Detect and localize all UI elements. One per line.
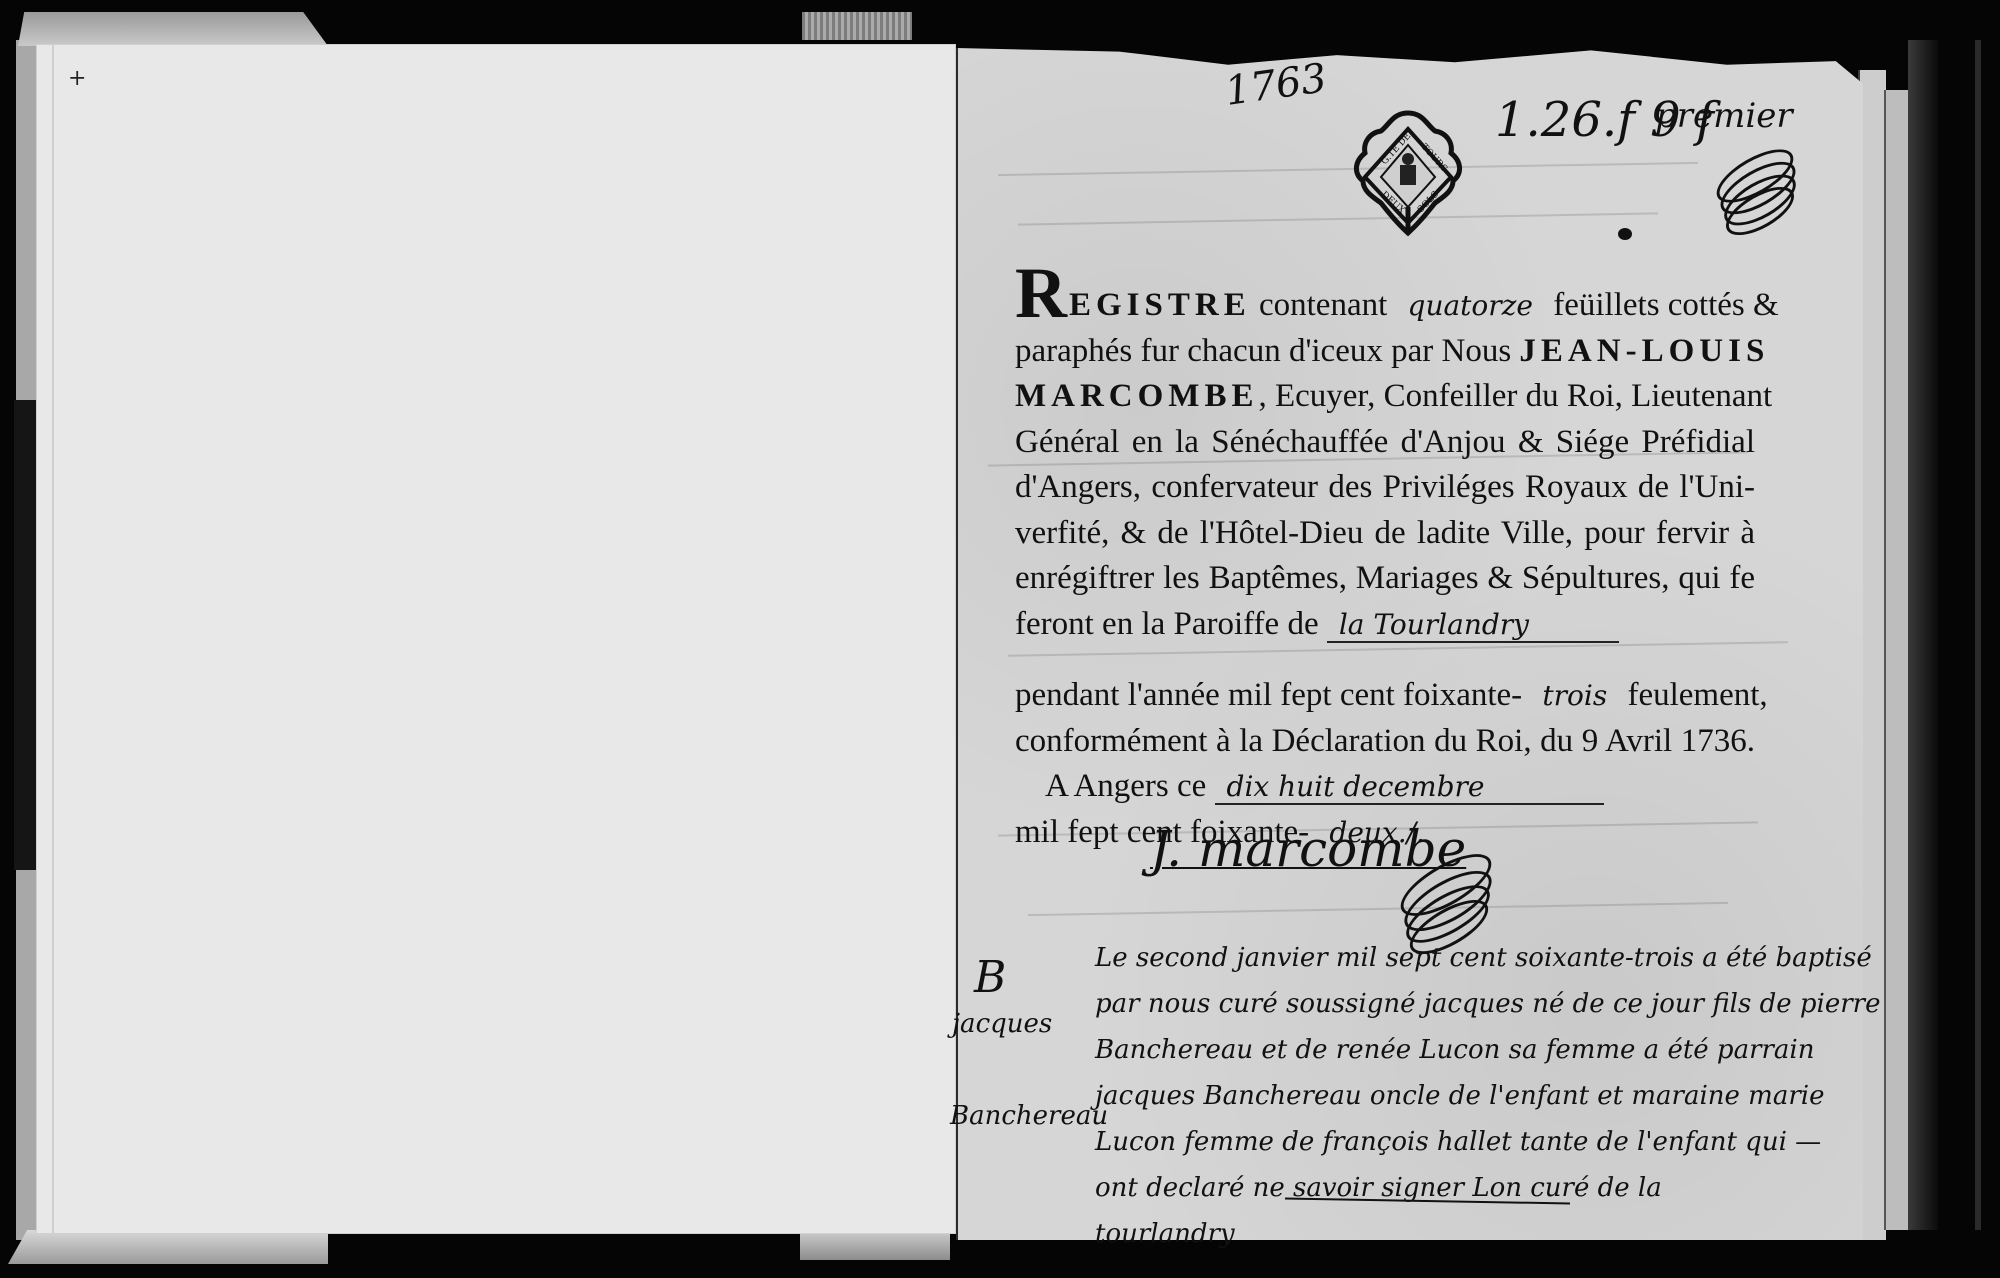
form-text: feüillets cottés &: [1545, 287, 1779, 323]
margin-name-first: jacques: [952, 1001, 1108, 1047]
form-line-3: MARCOMBE, Ecuyer, Confeiller du Roi, Lie…: [1015, 374, 1755, 420]
book-board-bottom-left: [8, 1230, 328, 1264]
form-line-10: conformément à la Déclaration du Roi, du…: [1015, 719, 1755, 765]
form-text: A Angers ce: [1045, 768, 1215, 804]
form-text: paraphés fur chacun d'iceux par Nous: [1015, 333, 1519, 369]
form-line-7: enrégiftrer les Baptêmes, Mariages & Sép…: [1015, 556, 1755, 602]
entry-line: ont declaré ne savoir signer Lon curé de…: [1095, 1165, 1795, 1211]
entry-line: tourlandry: [1095, 1211, 1795, 1257]
entry-line: par nous curé soussigné jacques né de ce…: [1095, 981, 1795, 1027]
spine-rim: [1975, 40, 1981, 1230]
form-line-1: REGISTRE contenant quatorze feüillets co…: [1015, 268, 1755, 329]
left-page-blank: +: [36, 44, 956, 1234]
book-board-bottom-right: [800, 1230, 950, 1260]
entry-line: Lucon femme de françois hallet tante de …: [1095, 1119, 1795, 1165]
filled-parish-name: la Tourlandry: [1327, 608, 1619, 643]
ink-blot: [1618, 228, 1632, 240]
form-text: , Ecuyer, Confeiller du Roi, Lieutenant: [1258, 378, 1772, 414]
form-line-4: Général en la Sénéchauffée d'Anjou & Sié…: [1015, 420, 1755, 466]
folio-mark: +: [68, 66, 86, 91]
baptism-mark: B: [974, 955, 1108, 1001]
form-line-11: A Angers ce dix huit decembre: [1015, 764, 1755, 810]
book-board-left-worn: [14, 400, 38, 870]
left-page-gutter-line: [52, 44, 54, 1234]
baptism-entry: Le second janvier mil sept cent soixante…: [1095, 935, 1795, 1257]
filled-date: dix huit decembre: [1215, 770, 1605, 805]
entry-line: jacques Banchereau oncle de l'enfant et …: [1095, 1073, 1795, 1119]
filled-year: trois: [1530, 679, 1619, 712]
filled-leaf-count: quatorze: [1396, 289, 1545, 322]
form-spacer: [1015, 647, 1755, 673]
tax-stamp-seal-icon: G.TE DE TOURS DEUX SOLS G. TE DE TOURS D…: [1333, 95, 1483, 245]
official-last-name: MARCOMBE: [1015, 378, 1258, 414]
form-text: pendant l'année mil fept cent foixante-: [1015, 677, 1530, 713]
entry-line: Le second janvier mil sept cent soixante…: [1095, 935, 1795, 981]
book-board-top-mid: [802, 12, 912, 40]
form-title: EGISTRE: [1069, 287, 1251, 323]
drop-cap: R: [1015, 253, 1067, 333]
entry-line: Banchereau et de renée Lucon sa femme a …: [1095, 1027, 1795, 1073]
form-line-2: paraphés fur chacun d'iceux par Nous JEA…: [1015, 329, 1755, 375]
form-line-9: pendant l'année mil fept cent foixante- …: [1015, 673, 1755, 719]
official-first-name: JEAN-LOUIS: [1519, 333, 1769, 369]
margin-name-last: Banchereau: [950, 1093, 1108, 1139]
printed-register-form: REGISTRE contenant quatorze feüillets co…: [1015, 268, 1755, 855]
form-text: feulement,: [1619, 677, 1767, 713]
margin-note: B jacques Banchereau: [952, 955, 1108, 1139]
premier-annotation: premier: [1655, 96, 1793, 136]
bleed-through-line: [1028, 902, 1728, 916]
form-line-8: feront en la Paroiffe de la Tourlandry: [1015, 602, 1755, 648]
book-board-top-left: [18, 12, 328, 46]
form-text: contenant: [1251, 287, 1396, 323]
official-signature: J. marcombe: [1150, 820, 1466, 878]
spine-shadow: [1908, 40, 1938, 1230]
form-line-6: verfité, & de l'Hôtel-Dieu de ladite Vil…: [1015, 511, 1755, 557]
form-line-5: d'Angers, confervateur des Priviléges Ro…: [1015, 465, 1755, 511]
paraph-scribble-icon: [1712, 148, 1792, 228]
form-text: feront en la Paroiffe de: [1015, 606, 1327, 642]
